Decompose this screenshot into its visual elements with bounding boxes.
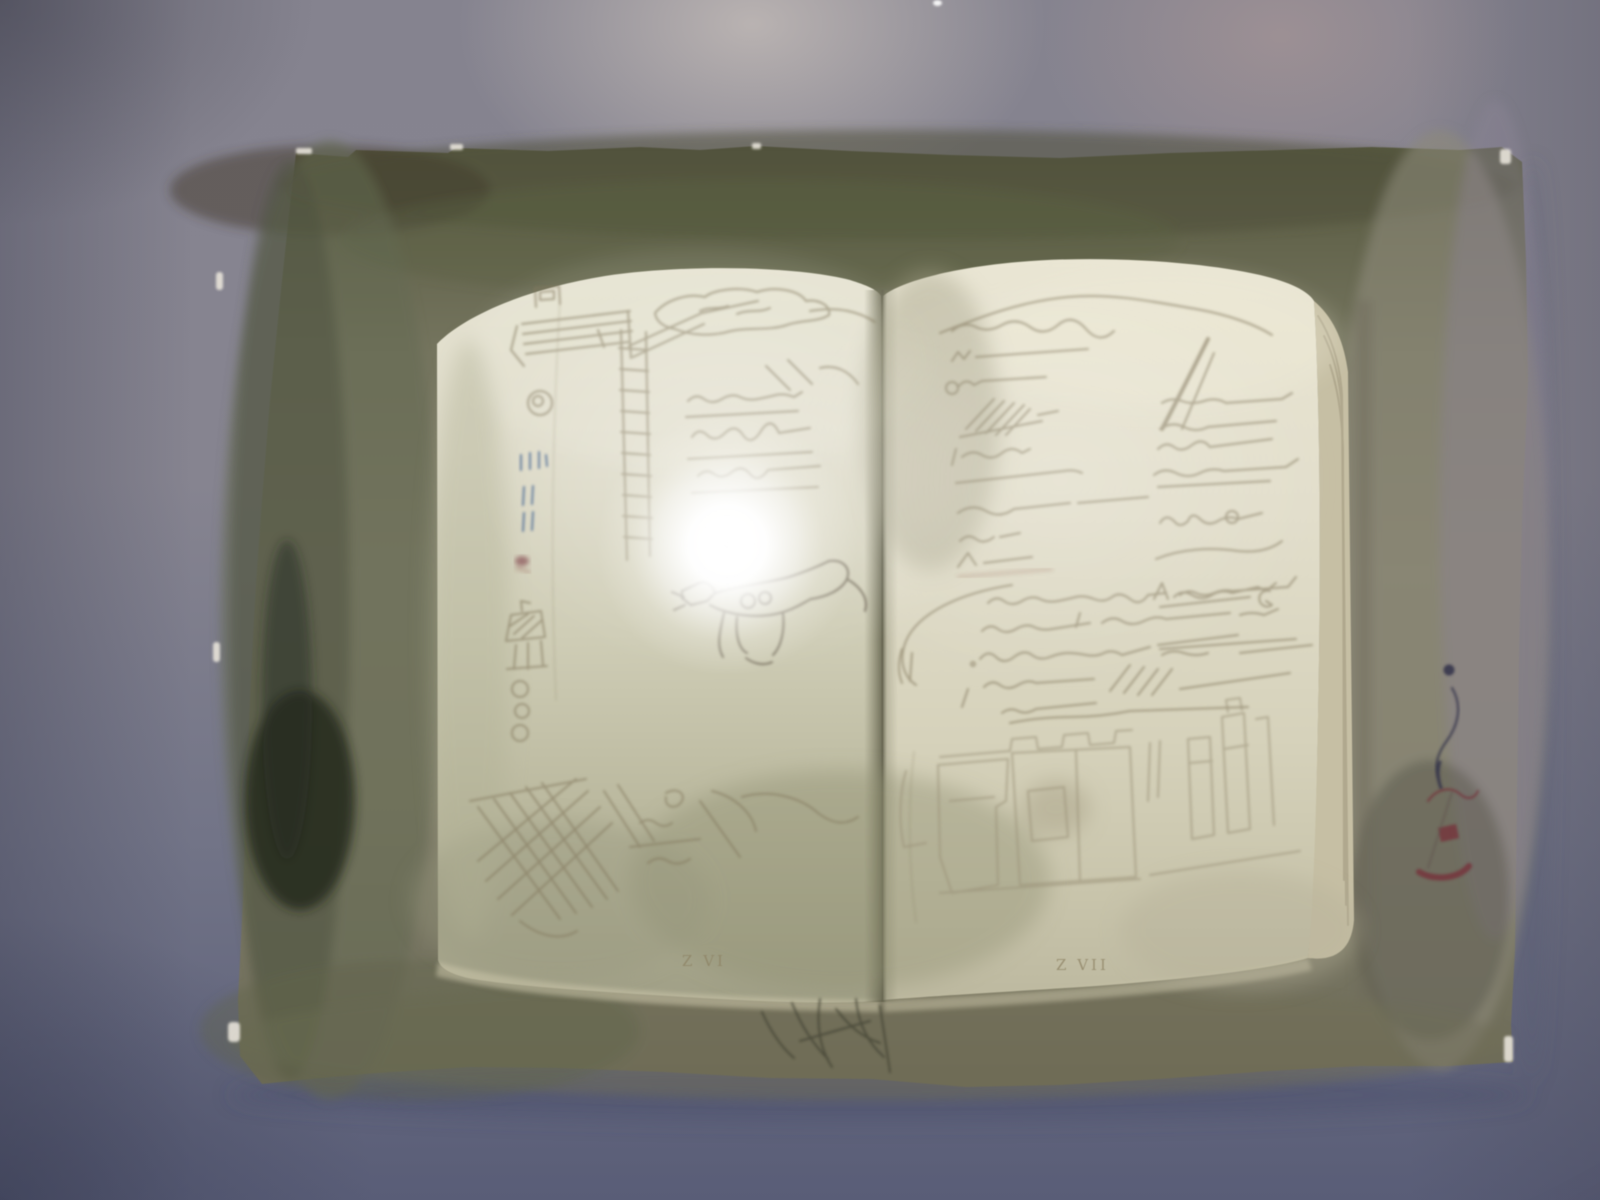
museum-photo: Z VI Z VII (0, 0, 1600, 1200)
page-number-left: Z VI (682, 952, 726, 970)
flash-glare (470, 260, 1340, 700)
artwork-painting: Z VI Z VII (0, 0, 1600, 1200)
page-number-right: Z VII (1056, 956, 1109, 974)
